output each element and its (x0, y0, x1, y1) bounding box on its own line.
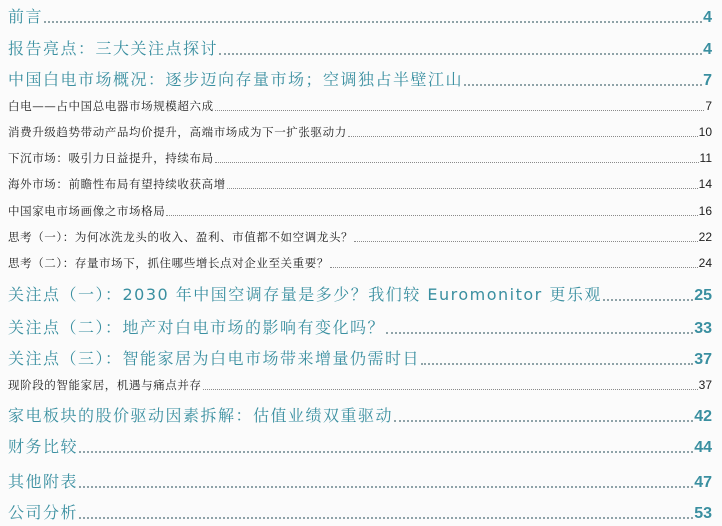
toc-entry-page: 16 (699, 204, 712, 218)
toc-entry-title: 报告亮点：三大关注点探讨 (8, 36, 218, 59)
toc-entry-other-appendix[interactable]: 其他附表 47 (8, 469, 712, 492)
table-of-contents: 前言 4 报告亮点：三大关注点探讨 4 中国白电市场概况：逐步迈向存量市场；空调… (0, 0, 722, 526)
dot-leader (79, 517, 693, 519)
toc-entry-page: 42 (694, 408, 712, 426)
dot-leader (394, 420, 693, 422)
toc-entry-financial-comparison[interactable]: 财务比较 44 (8, 434, 712, 457)
toc-entry-thought-one[interactable]: 思考（一）：为何冰洗龙头的收入、盈利、市值都不如空调龙头？ 22 (8, 229, 712, 245)
toc-entry-page: 22 (699, 230, 712, 244)
dot-leader (215, 110, 705, 111)
toc-entry-title: 关注点（二）：地产对白电市场的影响有变化吗？ (8, 315, 385, 338)
toc-entry-title: 思考（二）：存量市场下，抓住哪些增长点对企业至关重要？ (8, 255, 329, 271)
toc-entry-page: 44 (694, 439, 712, 457)
dot-leader (421, 363, 693, 365)
toc-entry-focus-one[interactable]: 关注点（一）：2030 年中国空调存量是多少？我们较 Euromonitor 更… (8, 282, 712, 305)
toc-entry-page: 11 (700, 151, 712, 165)
toc-entry-page: 33 (694, 320, 712, 338)
toc-entry-stock-drivers[interactable]: 家电板块的股价驱动因素拆解：估值业绩双重驱动 42 (8, 403, 712, 426)
dot-leader (166, 215, 697, 216)
toc-entry-title: 海外市场：前瞻性布局有望持续收获高增 (8, 176, 226, 192)
toc-entry-consumption-upgrade[interactable]: 消费升级趋势带动产品均价提升，高端市场成为下一扩张驱动力 10 (8, 124, 712, 140)
toc-entry-focus-three[interactable]: 关注点（三）：智能家居为白电市场带来增量仍需时日 37 (8, 346, 712, 369)
toc-entry-market-overview[interactable]: 中国白电市场概况：逐步迈向存量市场；空调独占半壁江山 7 (8, 67, 712, 90)
toc-entry-title: 关注点（一）：2030 年中国空调存量是多少？我们较 Euromonitor 更… (8, 282, 602, 305)
toc-entry-overseas-market[interactable]: 海外市场：前瞻性布局有望持续收获高增 14 (8, 176, 712, 192)
dot-leader (203, 389, 698, 390)
toc-entry-focus-two[interactable]: 关注点（二）：地产对白电市场的影响有变化吗？ 33 (8, 315, 712, 338)
dot-leader (354, 241, 697, 242)
dot-leader (348, 136, 698, 137)
toc-entry-title: 公司分析 (8, 500, 78, 523)
toc-entry-highlights[interactable]: 报告亮点：三大关注点探讨 4 (8, 36, 712, 59)
dot-leader (215, 162, 699, 163)
dot-leader (386, 332, 693, 334)
toc-entry-page: 7 (705, 99, 712, 113)
toc-entry-page: 25 (694, 287, 712, 305)
toc-entry-title: 消费升级趋势带动产品均价提升，高端市场成为下一扩张驱动力 (8, 124, 347, 140)
dot-leader (44, 21, 702, 23)
toc-entry-lower-tier-market[interactable]: 下沉市场：吸引力日益提升，持续布局 11 (8, 150, 712, 166)
toc-entry-smart-home-now[interactable]: 现阶段的智能家居，机遇与痛点并存 37 (8, 377, 712, 393)
toc-entry-company-analysis[interactable]: 公司分析 53 (8, 500, 712, 523)
dot-leader (464, 84, 702, 86)
toc-entry-title: 财务比较 (8, 434, 78, 457)
toc-entry-title: 其他附表 (8, 469, 78, 492)
toc-entry-page: 37 (694, 351, 712, 369)
dot-leader (227, 188, 698, 189)
toc-entry-title: 白电——占中国总电器市场规模超六成 (8, 98, 214, 114)
toc-entry-page: 37 (699, 378, 712, 392)
toc-entry-title: 关注点（三）：智能家居为白电市场带来增量仍需时日 (8, 346, 420, 369)
toc-entry-title: 现阶段的智能家居，机遇与痛点并存 (8, 377, 202, 393)
toc-entry-page: 4 (703, 9, 712, 27)
toc-entry-page: 4 (703, 41, 712, 59)
toc-entry-white-goods-share[interactable]: 白电——占中国总电器市场规模超六成 7 (8, 98, 712, 114)
toc-entry-title: 中国白电市场概况：逐步迈向存量市场；空调独占半壁江山 (8, 67, 463, 90)
toc-entry-page: 14 (699, 177, 712, 191)
dot-leader (79, 486, 693, 488)
toc-entry-title: 思考（一）：为何冰洗龙头的收入、盈利、市值都不如空调龙头？ (8, 229, 353, 245)
dot-leader (219, 53, 702, 55)
dot-leader (603, 299, 693, 301)
toc-entry-title: 中国家电市场画像之市场格局 (8, 203, 165, 219)
toc-entry-page: 24 (699, 256, 712, 270)
dot-leader (79, 451, 693, 453)
toc-entry-page: 47 (694, 474, 712, 492)
toc-entry-thought-two[interactable]: 思考（二）：存量市场下，抓住哪些增长点对企业至关重要？ 24 (8, 255, 712, 271)
toc-entry-title: 前言 (8, 4, 43, 27)
toc-entry-title: 下沉市场：吸引力日益提升，持续布局 (8, 150, 214, 166)
toc-entry-page: 53 (694, 505, 712, 523)
toc-entry-market-landscape[interactable]: 中国家电市场画像之市场格局 16 (8, 203, 712, 219)
dot-leader (330, 267, 698, 268)
toc-entry-page: 10 (699, 125, 712, 139)
toc-entry-preface[interactable]: 前言 4 (8, 4, 712, 27)
toc-entry-page: 7 (703, 72, 712, 90)
toc-entry-title: 家电板块的股价驱动因素拆解：估值业绩双重驱动 (8, 403, 393, 426)
